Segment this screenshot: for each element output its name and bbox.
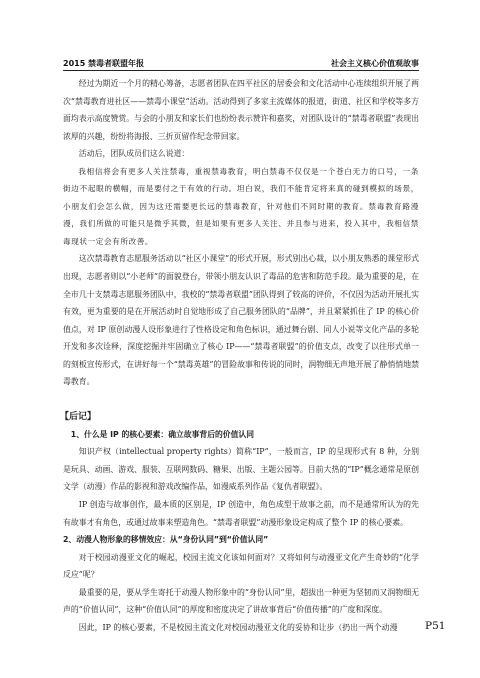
page-number: P51 bbox=[425, 620, 445, 632]
running-header: 2015 禁毒者联盟年报 社会主义核心价值观故事 bbox=[63, 57, 419, 71]
section-2-paragraph-3: 因此，IP 的核心要素，不是校园主流文化对校园动漫亚文化的妥协和让步（扔出一两个… bbox=[63, 619, 419, 637]
document-page: 2015 禁毒者联盟年报 社会主义核心价值观故事 经过为期近一个月的精心筹备，志… bbox=[63, 57, 419, 636]
spacer bbox=[63, 391, 419, 408]
paragraph-activity-evaluation: 这次禁毒教育志愿服务活动以“社区小课堂”的形式开展，形式别出心裁，以小朋友熟悉的… bbox=[63, 250, 419, 390]
section-1-heading: 1、什么是 IP 的核心要素：确立故事背后的价值认同 bbox=[63, 426, 419, 444]
header-left-title: 2015 禁毒者联盟年报 bbox=[63, 58, 144, 69]
paragraph-activity-summary: 经过为期近一个月的精心筹备，志愿者团队在四平社区的居委会和文化活动中心连续组织开… bbox=[63, 75, 419, 145]
section-2-paragraph-2: 最重要的是，要从学生寄托于动漫人物形象中的“身份认同”里，超拔出一种更为坚韧而又… bbox=[63, 584, 419, 619]
postscript-heading: 【后记】 bbox=[60, 408, 419, 426]
section-1-paragraph-2: IP 创造与故事创作，最本质的区别是，IP 创造中，角色成型于故事之前，而不是通… bbox=[63, 496, 419, 531]
header-right-title: 社会主义核心价值观故事 bbox=[331, 58, 419, 69]
section-2-heading: 2、动漫人物形象的移情效应：从“身份认同”到“价值认同” bbox=[63, 531, 419, 549]
paragraph-team-remarks-intro: 活动后，团队成员们这么说道： bbox=[63, 145, 419, 163]
section-1-paragraph-1: 知识产权（intellectual property rights）简称“IP”… bbox=[63, 443, 419, 496]
document-body: 经过为期近一个月的精心筹备，志愿者团队在四平社区的居委会和文化活动中心连续组织开… bbox=[63, 75, 419, 636]
paragraph-team-quote: 我相信将会有更多人关注禁毒，重视禁毒教育，明白禁毒不仅仅是一个苍白无力的口号，一… bbox=[63, 163, 419, 251]
section-2-paragraph-1: 对于校园动漫亚文化的崛起，校园主流文化该如何面对？又将如何与动漫亚文化产生奇妙的… bbox=[63, 549, 419, 584]
